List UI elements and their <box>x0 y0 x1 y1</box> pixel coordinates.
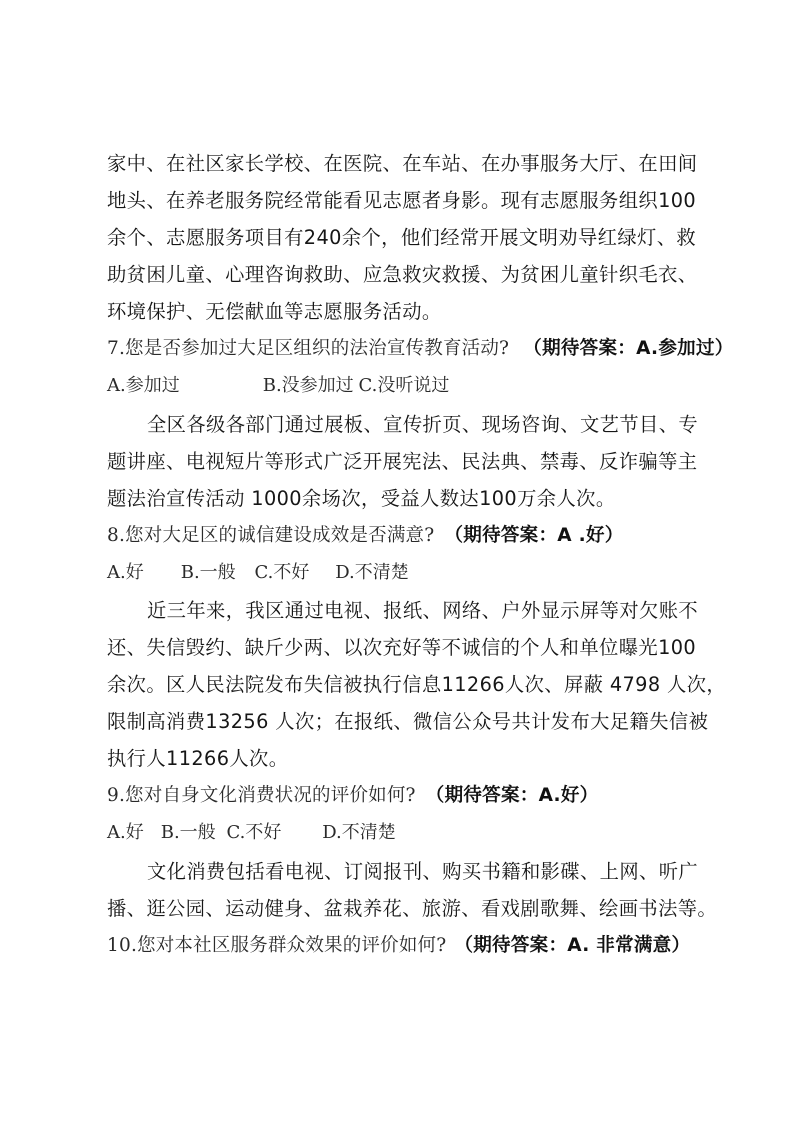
expected-answer: （期待答案：A. 非常满意） <box>454 935 690 956</box>
paragraph-line: 助贫困儿童、心理咨询救助、应急救灾救援、为贫困儿童针织毛衣、 <box>107 256 697 293</box>
question-text: 7.您是否参加过大足区组织的法治宣传教育活动? <box>107 338 509 359</box>
question-8: 8.您对大足区的诚信建设成效是否满意? （期待答案：A .好） <box>107 517 624 554</box>
question-8-options: A.好 B.一般 C.不好 D.不清楚 <box>107 554 409 591</box>
option-b: B.一般 <box>181 554 249 591</box>
option-a: A.好 <box>107 554 175 591</box>
explanation-line: 限制高消费13256 人次；在报纸、微信公众号共计发布大足籍失信被 <box>107 703 708 740</box>
paragraph-line: 家中、在社区家长学校、在医院、在车站、在办事服务大厅、在田间 <box>107 145 697 182</box>
option-c: C.不好 <box>254 554 329 591</box>
option-a: A.好 <box>107 814 155 851</box>
expected-answer: （期待答案：A .好） <box>444 525 623 546</box>
explanation-line: 文化消费包括看电视、订阅报刊、购买书籍和影碟、上网、听广 <box>107 853 698 890</box>
expected-answer: （期待答案：A.好） <box>426 785 599 806</box>
question-10: 10.您对本社区服务群众效果的评价如何? （期待答案：A. 非常满意） <box>107 927 690 964</box>
question-7: 7.您是否参加过大足区组织的法治宣传教育活动? （期待答案：A.参加过） <box>107 330 734 367</box>
question-9-options: A.好 B.一般 C.不好 D.不清楚 <box>107 814 396 851</box>
question-7-options: A.参加过 B.没参加过 C.没听说过 <box>107 367 449 404</box>
option-a: A.参加过 <box>107 367 257 404</box>
expected-answer: （期待答案：A.参加过） <box>523 338 733 359</box>
question-text: 10.您对本社区服务群众效果的评价如何? <box>107 935 446 956</box>
paragraph-line: 环境保护、无偿献血等志愿服务活动。 <box>107 293 442 330</box>
explanation-line: 题讲座、电视短片等形式广泛开展宪法、民法典、禁毒、反诈骗等主 <box>107 443 697 480</box>
explanation-line: 执行人11266人次。 <box>107 740 288 777</box>
explanation-line: 余次。区人民法院发布失信被执行信息11266人次、屏蔽 4798 人次， <box>107 666 726 703</box>
paragraph-line: 余个、志愿服务项目有240余个，他们经常开展文明劝导红绿灯、救 <box>107 219 696 256</box>
option-b: B.一般 <box>161 814 221 851</box>
option-c: C.没听说过 <box>358 367 449 404</box>
option-d: D.不清楚 <box>335 554 409 591</box>
question-text: 9.您对自身文化消费状况的评价如何? <box>107 785 416 806</box>
question-9: 9.您对自身文化消费状况的评价如何? （期待答案：A.好） <box>107 777 598 814</box>
explanation-line: 题法治宣传活动 1000余场次，受益人数达100万余人次。 <box>107 480 616 517</box>
explanation-line: 还、失信毁约、缺斤少两、以次充好等不诚信的个人和单位曝光100 <box>107 629 696 666</box>
explanation-line: 全区各级各部门通过展板、宣传折页、现场咨询、文艺节目、专 <box>107 406 698 443</box>
option-c: C.不好 <box>226 814 316 851</box>
explanation-line: 播、逛公园、运动健身、盆栽养花、旅游、看戏剧歌舞、绘画书法等。 <box>107 890 717 927</box>
question-text: 8.您对大足区的诚信建设成效是否满意? <box>107 525 434 546</box>
option-d: D.不清楚 <box>322 814 396 851</box>
option-b: B.没参加过 <box>263 367 353 404</box>
paragraph-line: 地头、在养老服务院经常能看见志愿者身影。现有志愿服务组织100 <box>107 182 696 219</box>
explanation-line: 近三年来，我区通过电视、报纸、网络、户外显示屏等对欠账不 <box>107 592 698 629</box>
